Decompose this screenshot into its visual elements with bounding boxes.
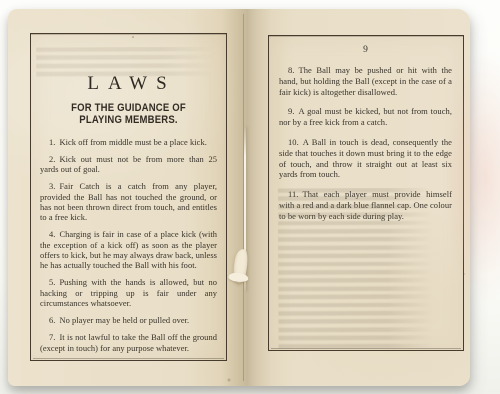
rule-text: Charging is fair in case of a place kick… [40, 229, 217, 270]
rule-item-7: 7.It is not lawful to take the Ball off … [40, 332, 217, 353]
rule-number: 5. [49, 277, 55, 287]
rule-number: 3. [49, 181, 55, 191]
rule-item-2: 2.Kick out must not be from more than 25… [40, 154, 217, 175]
page-number: 9 [279, 45, 452, 55]
rule-item-11: 11.That each player must provide himself… [279, 189, 452, 221]
rule-item-5: 5.Pushing with the hands is allowed, but… [40, 277, 217, 308]
rule-number: 9. [288, 106, 294, 116]
rule-text: Kick off from middle must be a place kic… [59, 137, 206, 147]
rule-item-3: 3.Fair Catch is a catch from any player,… [40, 181, 217, 222]
rule-item-10: 10.A Ball in touch is dead, consequently… [279, 137, 452, 180]
rule-text: A goal must be kicked, but not from touc… [279, 106, 452, 127]
rule-item-1: 1.Kick off from middle must be a place k… [40, 137, 217, 147]
rule-number: 6. [49, 315, 55, 325]
rule-item-6: 6.No player may be held or pulled over. [40, 315, 217, 325]
rule-item-9: 9.A goal must be kicked, but not from to… [279, 106, 452, 128]
rule-number: 1. [49, 137, 55, 147]
rule-text: No player may be held or pulled over. [59, 315, 189, 325]
rule-number: 8. [288, 65, 294, 75]
rule-text: Fair Catch is a catch from any player, p… [40, 181, 217, 222]
page-subtitle: FOR THE GUIDANCE OF PLAYING MEMBERS. [49, 102, 208, 126]
rule-number: 11. [288, 189, 298, 199]
rule-number: 2. [49, 154, 55, 164]
rule-text: Pushing with the hands is allowed, but n… [40, 277, 217, 308]
rule-text: That each player must provide himself wi… [279, 189, 452, 221]
rule-text: Kick out must not be from more than 25 y… [40, 154, 217, 174]
book-gutter [222, 9, 272, 386]
rule-text: The Ball may be pushed or hit with the h… [279, 65, 452, 97]
rule-number: 10. [288, 137, 299, 147]
left-page: LAWS FOR THE GUIDANCE OF PLAYING MEMBERS… [30, 33, 227, 361]
rule-text: It is not lawful to take the Ball off th… [40, 332, 217, 352]
page-title: LAWS [46, 74, 217, 94]
open-booklet: LAWS FOR THE GUIDANCE OF PLAYING MEMBERS… [8, 9, 470, 386]
rule-number: 4. [49, 229, 55, 239]
rule-number: 7. [49, 332, 55, 342]
rule-item-4: 4.Charging is fair in case of a place ki… [40, 229, 217, 270]
photo-backdrop: LAWS FOR THE GUIDANCE OF PLAYING MEMBERS… [0, 0, 500, 394]
rule-item-8: 8.The Ball may be pushed or hit with the… [279, 65, 452, 97]
rule-text: A Ball in touch is dead, consequently th… [279, 137, 452, 179]
right-page: 9 8.The Ball may be pushed or hit with t… [268, 35, 464, 351]
